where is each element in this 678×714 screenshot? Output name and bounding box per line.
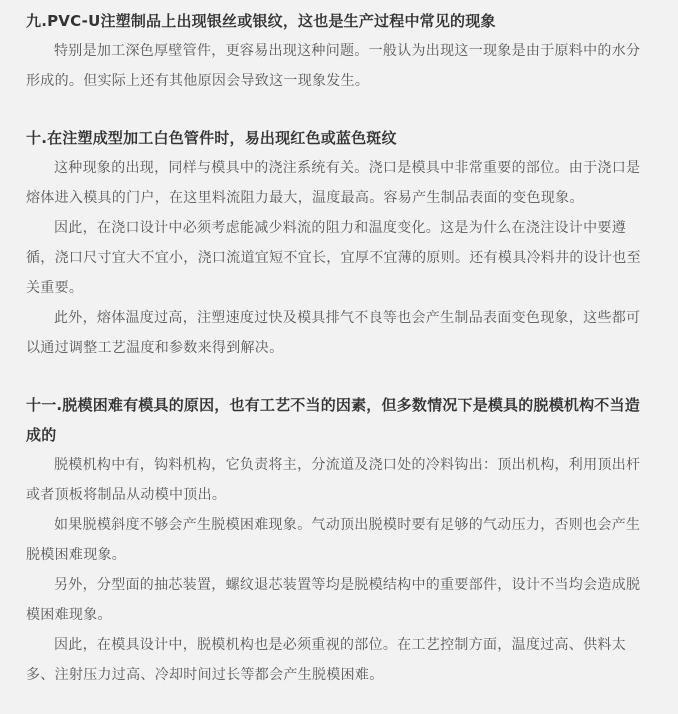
paragraph: 此外，熔体温度过高，注塑速度过快及模具排气不良等也会产生制品表面变色现象，这些都… xyxy=(26,303,652,363)
paragraph: 因此，在模具设计中，脱模机构也是必须重视的部位。在工艺控制方面，温度过高、供料太… xyxy=(26,630,652,690)
paragraph: 特别是加工深色厚壁管件，更容易出现这种问题。一般认为出现这一现象是由于原料中的水… xyxy=(26,36,652,96)
paragraph: 如果脱模斜度不够会产生脱模困难现象。气动顶出脱模时要有足够的气动压力，否则也会产… xyxy=(26,510,652,570)
section-11: 十一.脱模困难有模具的原因，也有工艺不当的因素，但多数情况下是模具的脱模机构不当… xyxy=(26,390,652,690)
section-heading: 十.在注塑成型加工白色管件时，易出现红色或蓝色斑纹 xyxy=(26,123,652,153)
section-heading: 十一.脱模困难有模具的原因，也有工艺不当的因素，但多数情况下是模具的脱模机构不当… xyxy=(26,390,652,450)
paragraph: 另外，分型面的抽芯装置，螺纹退芯装置等均是脱模结构中的重要部件，设计不当均会造成… xyxy=(26,570,652,630)
section-10: 十.在注塑成型加工白色管件时，易出现红色或蓝色斑纹 这种现象的出现，同样与模具中… xyxy=(26,123,652,363)
article-body: 九.PVC-U注塑制品上出现银丝或银纹，这也是生产过程中常见的现象 特别是加工深… xyxy=(0,0,678,690)
section-spacer xyxy=(26,96,652,123)
paragraph: 因此，在浇口设计中必须考虑能减少料流的阻力和温度变化。这是为什么在浇注设计中要遵… xyxy=(26,213,652,303)
paragraph: 脱模机构中有，钩料机构，它负责将主，分流道及浇口处的冷料钩出：顶出机构，利用顶出… xyxy=(26,450,652,510)
section-9: 九.PVC-U注塑制品上出现银丝或银纹，这也是生产过程中常见的现象 特别是加工深… xyxy=(26,6,652,96)
section-heading: 九.PVC-U注塑制品上出现银丝或银纹，这也是生产过程中常见的现象 xyxy=(26,6,652,36)
section-spacer xyxy=(26,363,652,390)
paragraph: 这种现象的出现，同样与模具中的浇注系统有关。浇口是模具中非常重要的部位。由于浇口… xyxy=(26,153,652,213)
